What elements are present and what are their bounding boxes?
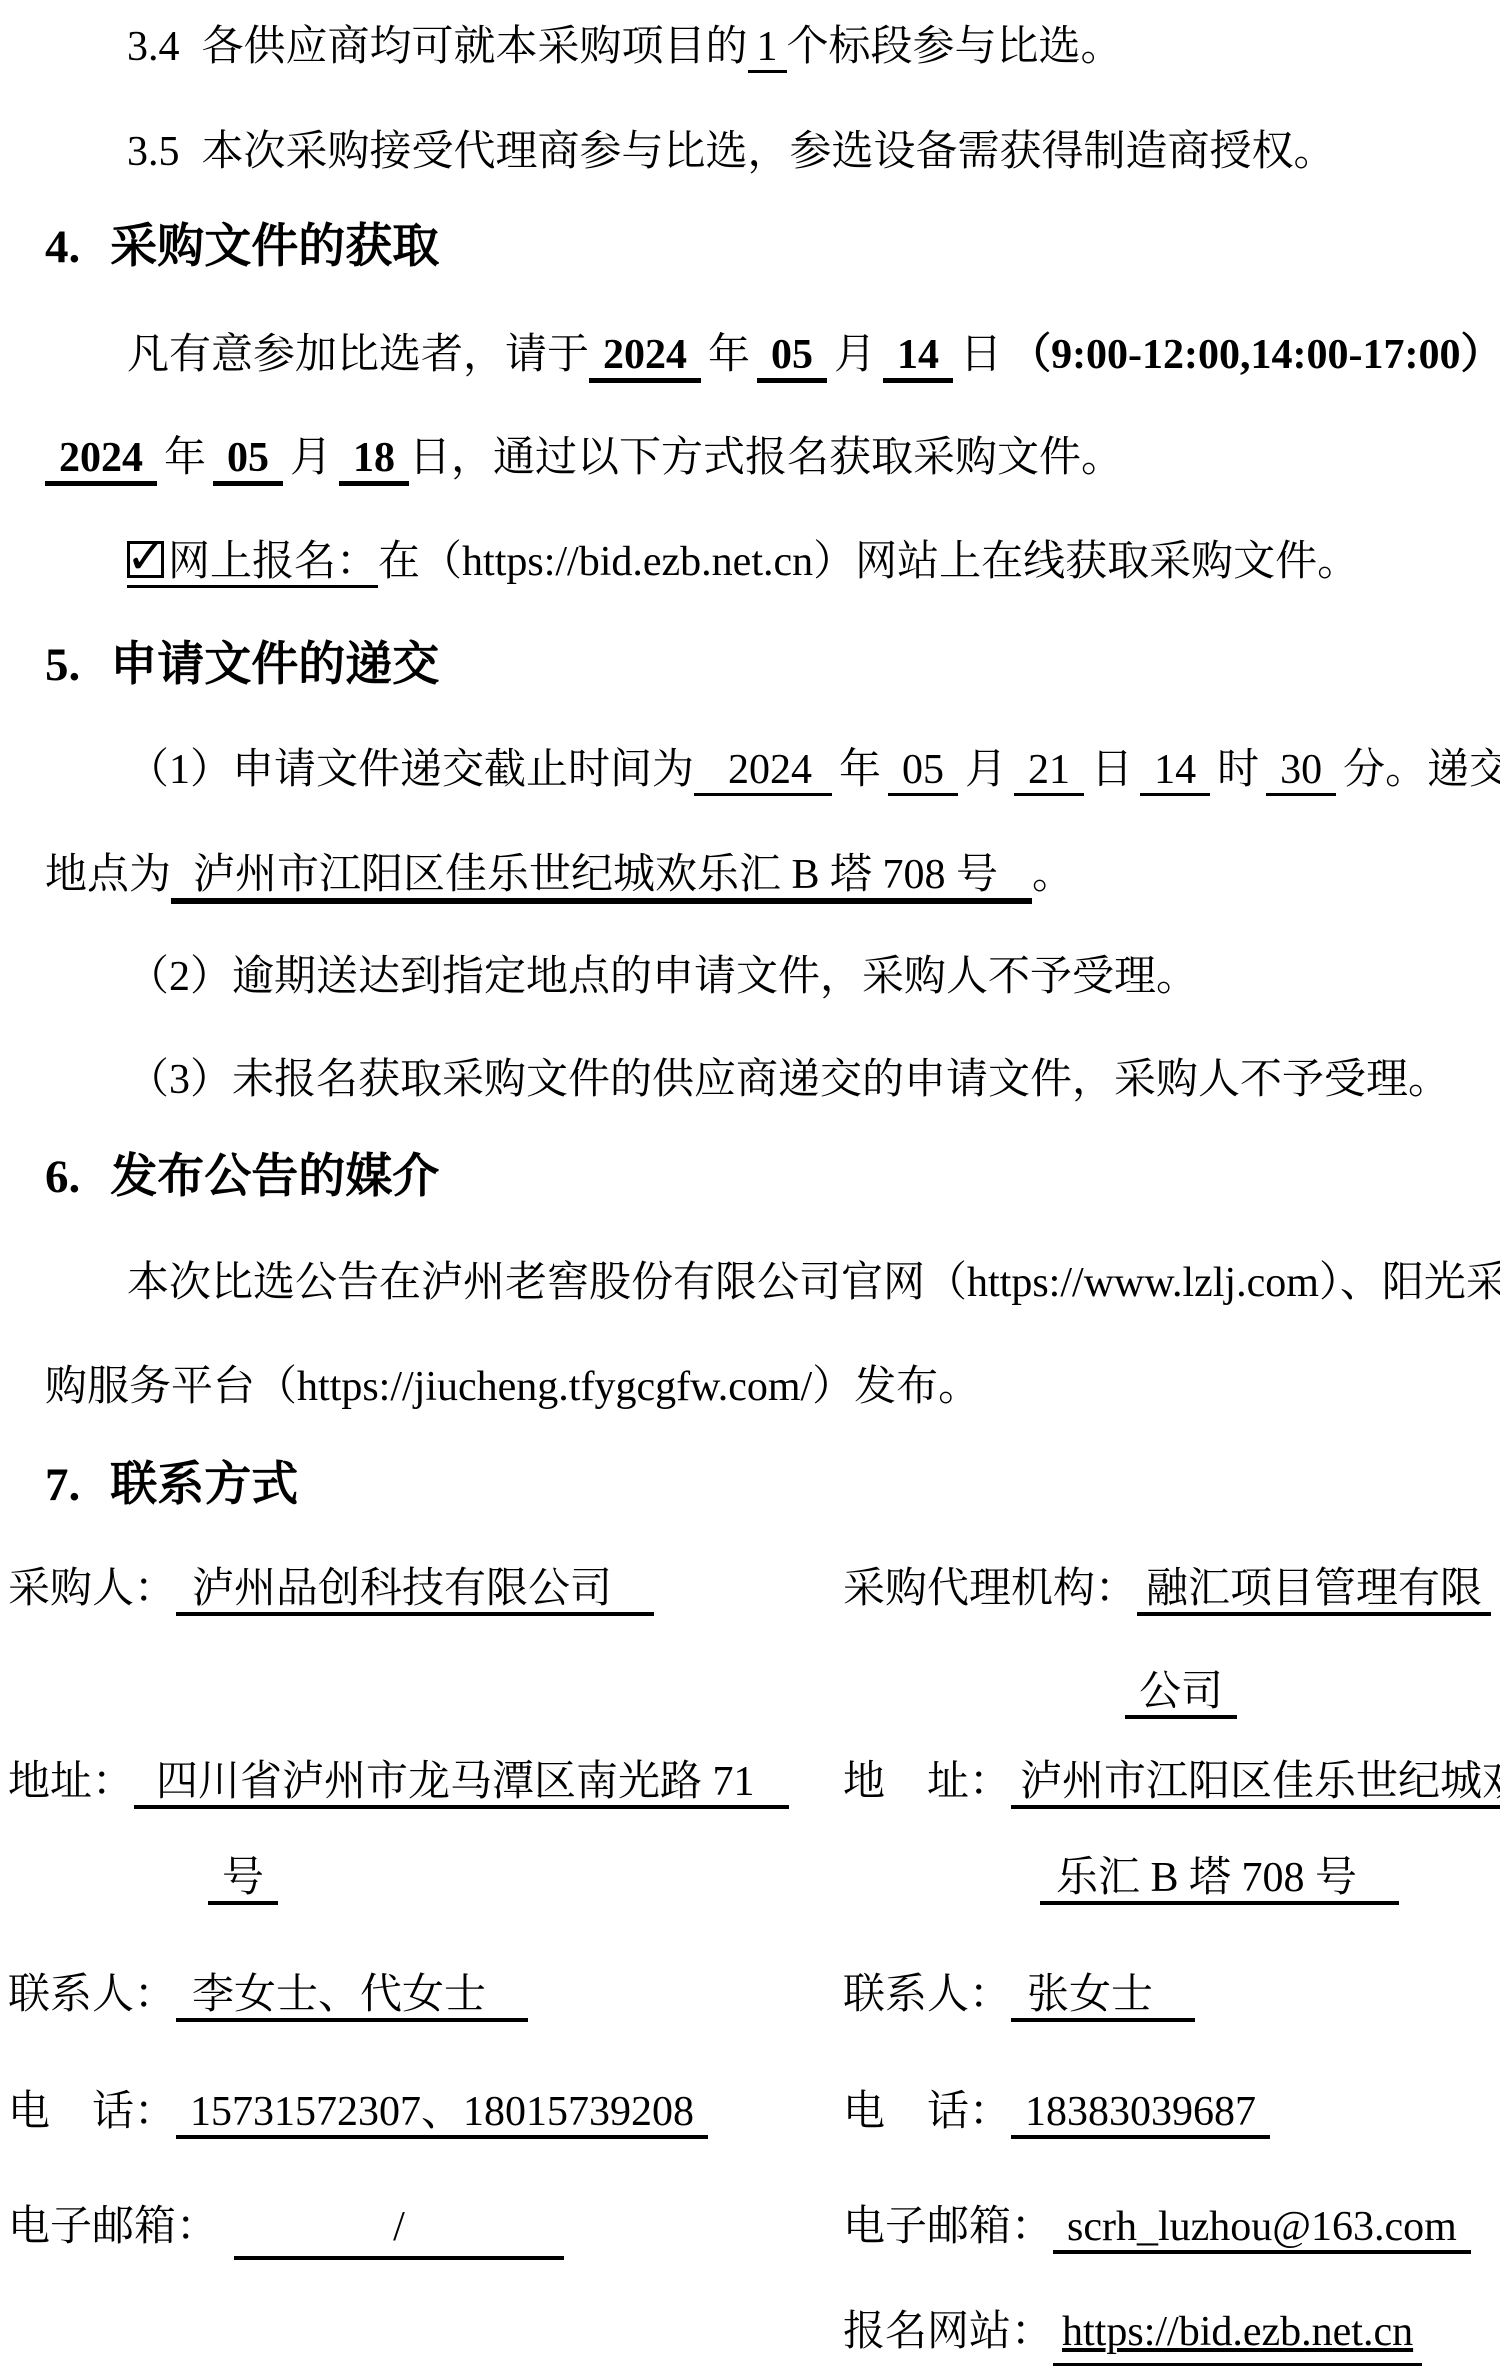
signup-website-row: 报名网站：https://bid.ezb.net.cn xyxy=(843,2303,1422,2361)
heading-5-title: 申请文件的递交 xyxy=(110,639,439,691)
obtain2-year-unit: 年 xyxy=(164,435,206,481)
agency-person-label: 联系人： xyxy=(843,1972,1011,2018)
buyer-address-row2: 号 xyxy=(208,1849,278,1907)
deadline-minute: 30 xyxy=(1266,747,1336,796)
online-url: https://bid.ezb.net.cn xyxy=(462,539,813,585)
obtain-day-unit: 日 xyxy=(960,332,1002,378)
signup-website-value: https://bid.ezb.net.cn xyxy=(1053,2309,1422,2366)
agency-name-row2: 公司 xyxy=(1125,1663,1237,1721)
agency-name-label: 采购代理机构： xyxy=(843,1566,1137,1612)
place-pre: 地点为 xyxy=(45,852,171,898)
agency-email-label: 电子邮箱： xyxy=(843,2204,1053,2250)
obtain-pre-text: 凡有意参加比选者，请于 xyxy=(127,332,589,378)
deadline-day-unit: 日 xyxy=(1091,747,1133,793)
heading-5-number: 5. xyxy=(45,639,80,691)
deadline-day: 21 xyxy=(1014,747,1084,796)
buyer-phone-label: 电 话： xyxy=(8,2089,176,2135)
place-value-underlined: 泸州市江阳区佳乐世纪城欢乐汇 B 塔 708 号 xyxy=(171,852,1032,904)
heading-7-title: 联系方式 xyxy=(110,1459,298,1511)
place-post: 。 xyxy=(1032,852,1074,898)
buyer-phone-row: 电 话：15731572307、18015739208 xyxy=(8,2083,708,2141)
buyer-person-value: 李女士、代女士 xyxy=(176,1972,528,2022)
online-signup-label: 网上报名： xyxy=(168,539,378,585)
buyer-address-value-line2: 号 xyxy=(208,1855,278,1905)
buyer-person-label: 联系人： xyxy=(8,1972,176,2018)
buyer-email-row: 电子邮箱：/ xyxy=(8,2198,564,2260)
heading-contact-info: 7.联系方式 xyxy=(45,1456,298,1514)
submission-place-line: 地点为泸州市江阳区佳乐世纪城欢乐汇 B 塔 708 号。 xyxy=(45,846,1074,904)
heading-7-number: 7. xyxy=(45,1459,80,1511)
obtain2-rest: ，通过以下方式报名获取采购文件。 xyxy=(451,435,1123,481)
agency-contact-person-row: 联系人：张女士 xyxy=(843,1966,1195,2024)
obtain-deadline-line2: 2024年05月18日，通过以下方式报名获取采购文件。 xyxy=(45,429,1123,487)
clause-3-4-text-after: 个标段参与比选。 xyxy=(787,24,1123,70)
lot-count-underlined: 1 xyxy=(748,24,787,73)
agency-address-value-line1: 泸州市江阳区佳乐世纪城欢 xyxy=(1011,1759,1500,1809)
heading-4-number: 4. xyxy=(45,221,80,273)
obtain2-day: 18 xyxy=(339,435,409,486)
agency-email-row: 电子邮箱：scrh_luzhou@163.com xyxy=(843,2198,1471,2256)
checked-checkbox-icon: ✓ xyxy=(127,541,164,578)
buyer-address-row: 地址：四川省泸州市龙马潭区南光路 71 xyxy=(8,1753,789,1811)
agency-address-row2: 乐汇 B 塔 708 号 xyxy=(1040,1849,1399,1907)
deadline-year: 2024 xyxy=(694,747,832,796)
obtain-month: 05 xyxy=(757,332,827,383)
buyer-email-label: 电子邮箱： xyxy=(8,2204,218,2250)
agency-address-row: 地 址：泸州市江阳区佳乐世纪城欢 xyxy=(843,1753,1500,1811)
online-signup-line: ✓网上报名：在（https://bid.ezb.net.cn）网站上在线获取采购… xyxy=(127,533,1359,591)
obtain2-month: 05 xyxy=(213,435,283,486)
agency-address-value-line2: 乐汇 B 塔 708 号 xyxy=(1040,1855,1399,1905)
obtain-year-unit: 年 xyxy=(708,332,750,378)
procurement-notice-page: 3.4各供应商均可就本采购项目的1个标段参与比选。 3.5本次采购接受代理商参与… xyxy=(0,0,1500,2377)
buyer-phone-value: 15731572307、18015739208 xyxy=(176,2089,708,2139)
obtain2-day-unit: 日 xyxy=(409,435,451,481)
late-delivery-clause: （2）逾期送达到指定地点的申请文件，采购人不予受理。 xyxy=(127,948,1198,1006)
online-signup-label-underlined: ✓网上报名： xyxy=(127,539,378,588)
agency-email-value: scrh_luzhou@163.com xyxy=(1053,2204,1471,2254)
heading-4-title: 采购文件的获取 xyxy=(110,221,439,273)
clause-3-5-number: 3.5 xyxy=(127,129,180,175)
clause-3-5-text: 本次采购接受代理商参与比选，参选设备需获得制造商授权。 xyxy=(202,129,1336,175)
heading-application-submission: 5.申请文件的递交 xyxy=(45,636,439,694)
deadline-year-unit: 年 xyxy=(839,747,881,793)
signup-website-url: https://bid.ezb.net.cn xyxy=(1062,2309,1413,2355)
signup-website-label: 报名网站： xyxy=(843,2309,1053,2355)
agency-name-value-line1: 融汇项目管理有限 xyxy=(1137,1566,1491,1616)
clause-3-4-number: 3.4 xyxy=(127,24,180,70)
deadline-hour: 14 xyxy=(1140,747,1210,796)
agency-person-value: 张女士 xyxy=(1011,1972,1195,2022)
agency-phone-label: 电 话： xyxy=(843,2089,1011,2135)
agency-name-value-line2: 公司 xyxy=(1125,1669,1237,1719)
clause-3-5: 3.5本次采购接受代理商参与比选，参选设备需获得制造商授权。 xyxy=(127,123,1336,181)
heading-6-title: 发布公告的媒介 xyxy=(110,1151,439,1203)
deadline-pre: （1）申请文件递交截止时间为 xyxy=(127,747,694,793)
obtain-month-unit: 月 xyxy=(834,332,876,378)
submission-deadline-line: （1）申请文件递交截止时间为2024年05月21日14时30分。递交 xyxy=(127,741,1500,799)
online-pre: 在（ xyxy=(378,539,462,585)
buyer-name-label: 采购人： xyxy=(8,1566,176,1612)
obtain2-year: 2024 xyxy=(45,435,157,486)
obtain-year: 2024 xyxy=(589,332,701,383)
announcement-line2: 购服务平台（https://jiucheng.tfygcgfw.com/）发布。 xyxy=(45,1358,980,1416)
buyer-name-row: 采购人：泸州品创科技有限公司 xyxy=(8,1560,654,1618)
check-mark-icon: ✓ xyxy=(126,528,166,586)
obtain-hours: （9:00-12:00,14:00-17:00） xyxy=(1009,332,1500,378)
unregistered-clause: （3）未报名获取采购文件的供应商递交的申请文件，采购人不予受理。 xyxy=(127,1051,1450,1109)
deadline-minute-unit: 分。递交 xyxy=(1343,747,1500,793)
agency-name-row: 采购代理机构：融汇项目管理有限 xyxy=(843,1560,1491,1618)
agency-phone-row: 电 话：18383039687 xyxy=(843,2083,1270,2141)
heading-6-number: 6. xyxy=(45,1151,80,1203)
deadline-month-unit: 月 xyxy=(965,747,1007,793)
buyer-name-value: 泸州品创科技有限公司 xyxy=(176,1566,654,1616)
agency-phone-value: 18383039687 xyxy=(1011,2089,1270,2139)
heading-doc-acquisition: 4.采购文件的获取 xyxy=(45,218,439,276)
online-post: ）网站上在线获取采购文件。 xyxy=(813,539,1359,585)
obtain-deadline-line1: 凡有意参加比选者，请于2024年05月14日（9:00-12:00,14:00-… xyxy=(127,326,1500,384)
obtain2-month-unit: 月 xyxy=(290,435,332,481)
agency-address-label: 地 址： xyxy=(843,1759,1011,1805)
buyer-email-value: / xyxy=(234,2198,564,2260)
buyer-address-value-line1: 四川省泸州市龙马潭区南光路 71 xyxy=(134,1759,789,1809)
clause-3-4: 3.4各供应商均可就本采购项目的1个标段参与比选。 xyxy=(127,18,1123,76)
announcement-line1: 本次比选公告在泸州老窖股份有限公司官网（https://www.lzlj.com… xyxy=(127,1254,1500,1312)
deadline-hour-unit: 时 xyxy=(1217,747,1259,793)
clause-3-4-text-before: 各供应商均可就本采购项目的 xyxy=(202,24,748,70)
obtain-day: 14 xyxy=(883,332,953,383)
deadline-month: 05 xyxy=(888,747,958,796)
buyer-address-label: 地址： xyxy=(8,1759,134,1805)
buyer-contact-person-row: 联系人：李女士、代女士 xyxy=(8,1966,528,2024)
heading-announcement-media: 6.发布公告的媒介 xyxy=(45,1148,439,1206)
